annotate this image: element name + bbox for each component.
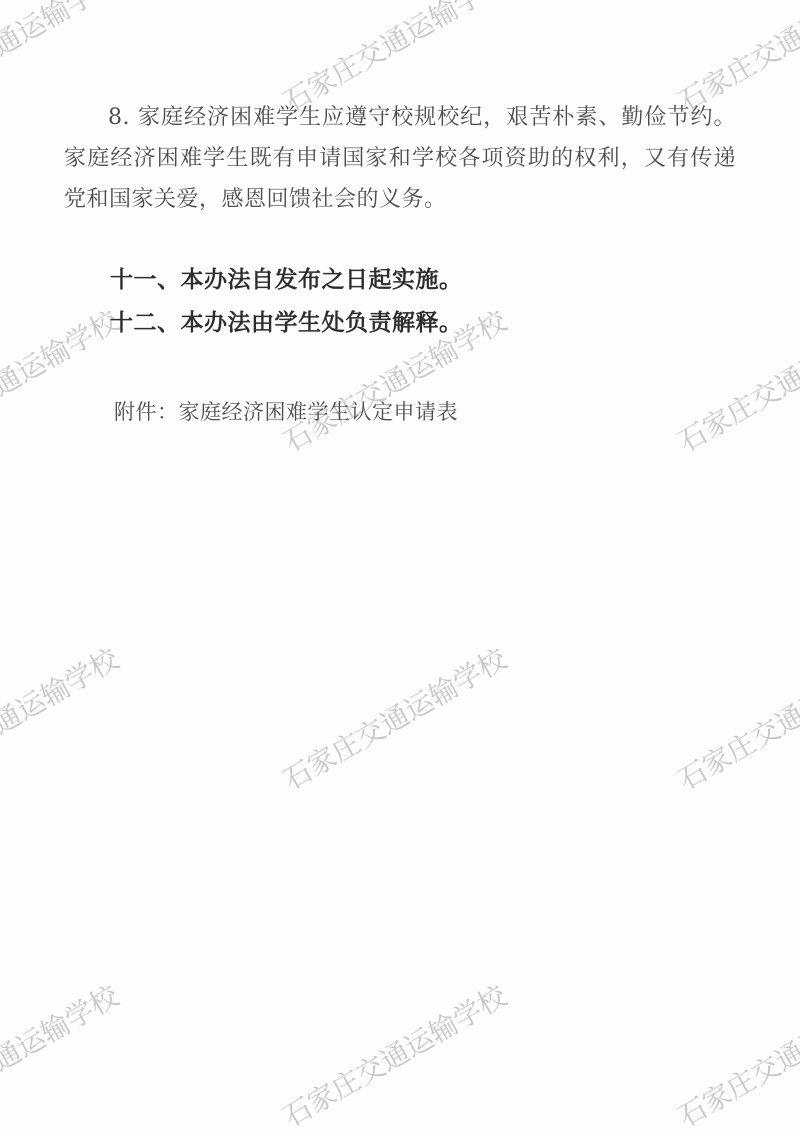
watermark-text: 石家庄交通运输学校 — [279, 982, 511, 1132]
watermark-text: 石家庄交通运输学校 — [0, 982, 123, 1132]
document-page: 石家庄交通运输学校石家庄交通运输学校石家庄交通运输学校石家庄交通运输学校石家庄交… — [0, 0, 800, 1132]
watermark-text: 石家庄交通运输学校 — [674, 982, 800, 1132]
attachment-reference-line: 附件：家庭经济困难学生认定申请表 — [64, 391, 736, 434]
document-content: 8. 家庭经济困难学生应遵守校规校纪，艰苦朴素、勤俭节约。家庭经济困难学生既有申… — [64, 0, 736, 434]
article-11-line: 十一、本办法自发布之日起实施。 — [64, 259, 736, 302]
paragraph-rule-8: 8. 家庭经济困难学生应遵守校规校纪，艰苦朴素、勤俭节约。家庭经济困难学生既有申… — [64, 97, 736, 220]
watermark-text: 石家庄交通运输学校 — [0, 645, 123, 795]
article-12-line: 十二、本办法由学生处负责解释。 — [64, 302, 736, 345]
watermark-text: 石家庄交通运输学校 — [674, 645, 800, 795]
watermark-text: 石家庄交通运输学校 — [279, 645, 511, 795]
